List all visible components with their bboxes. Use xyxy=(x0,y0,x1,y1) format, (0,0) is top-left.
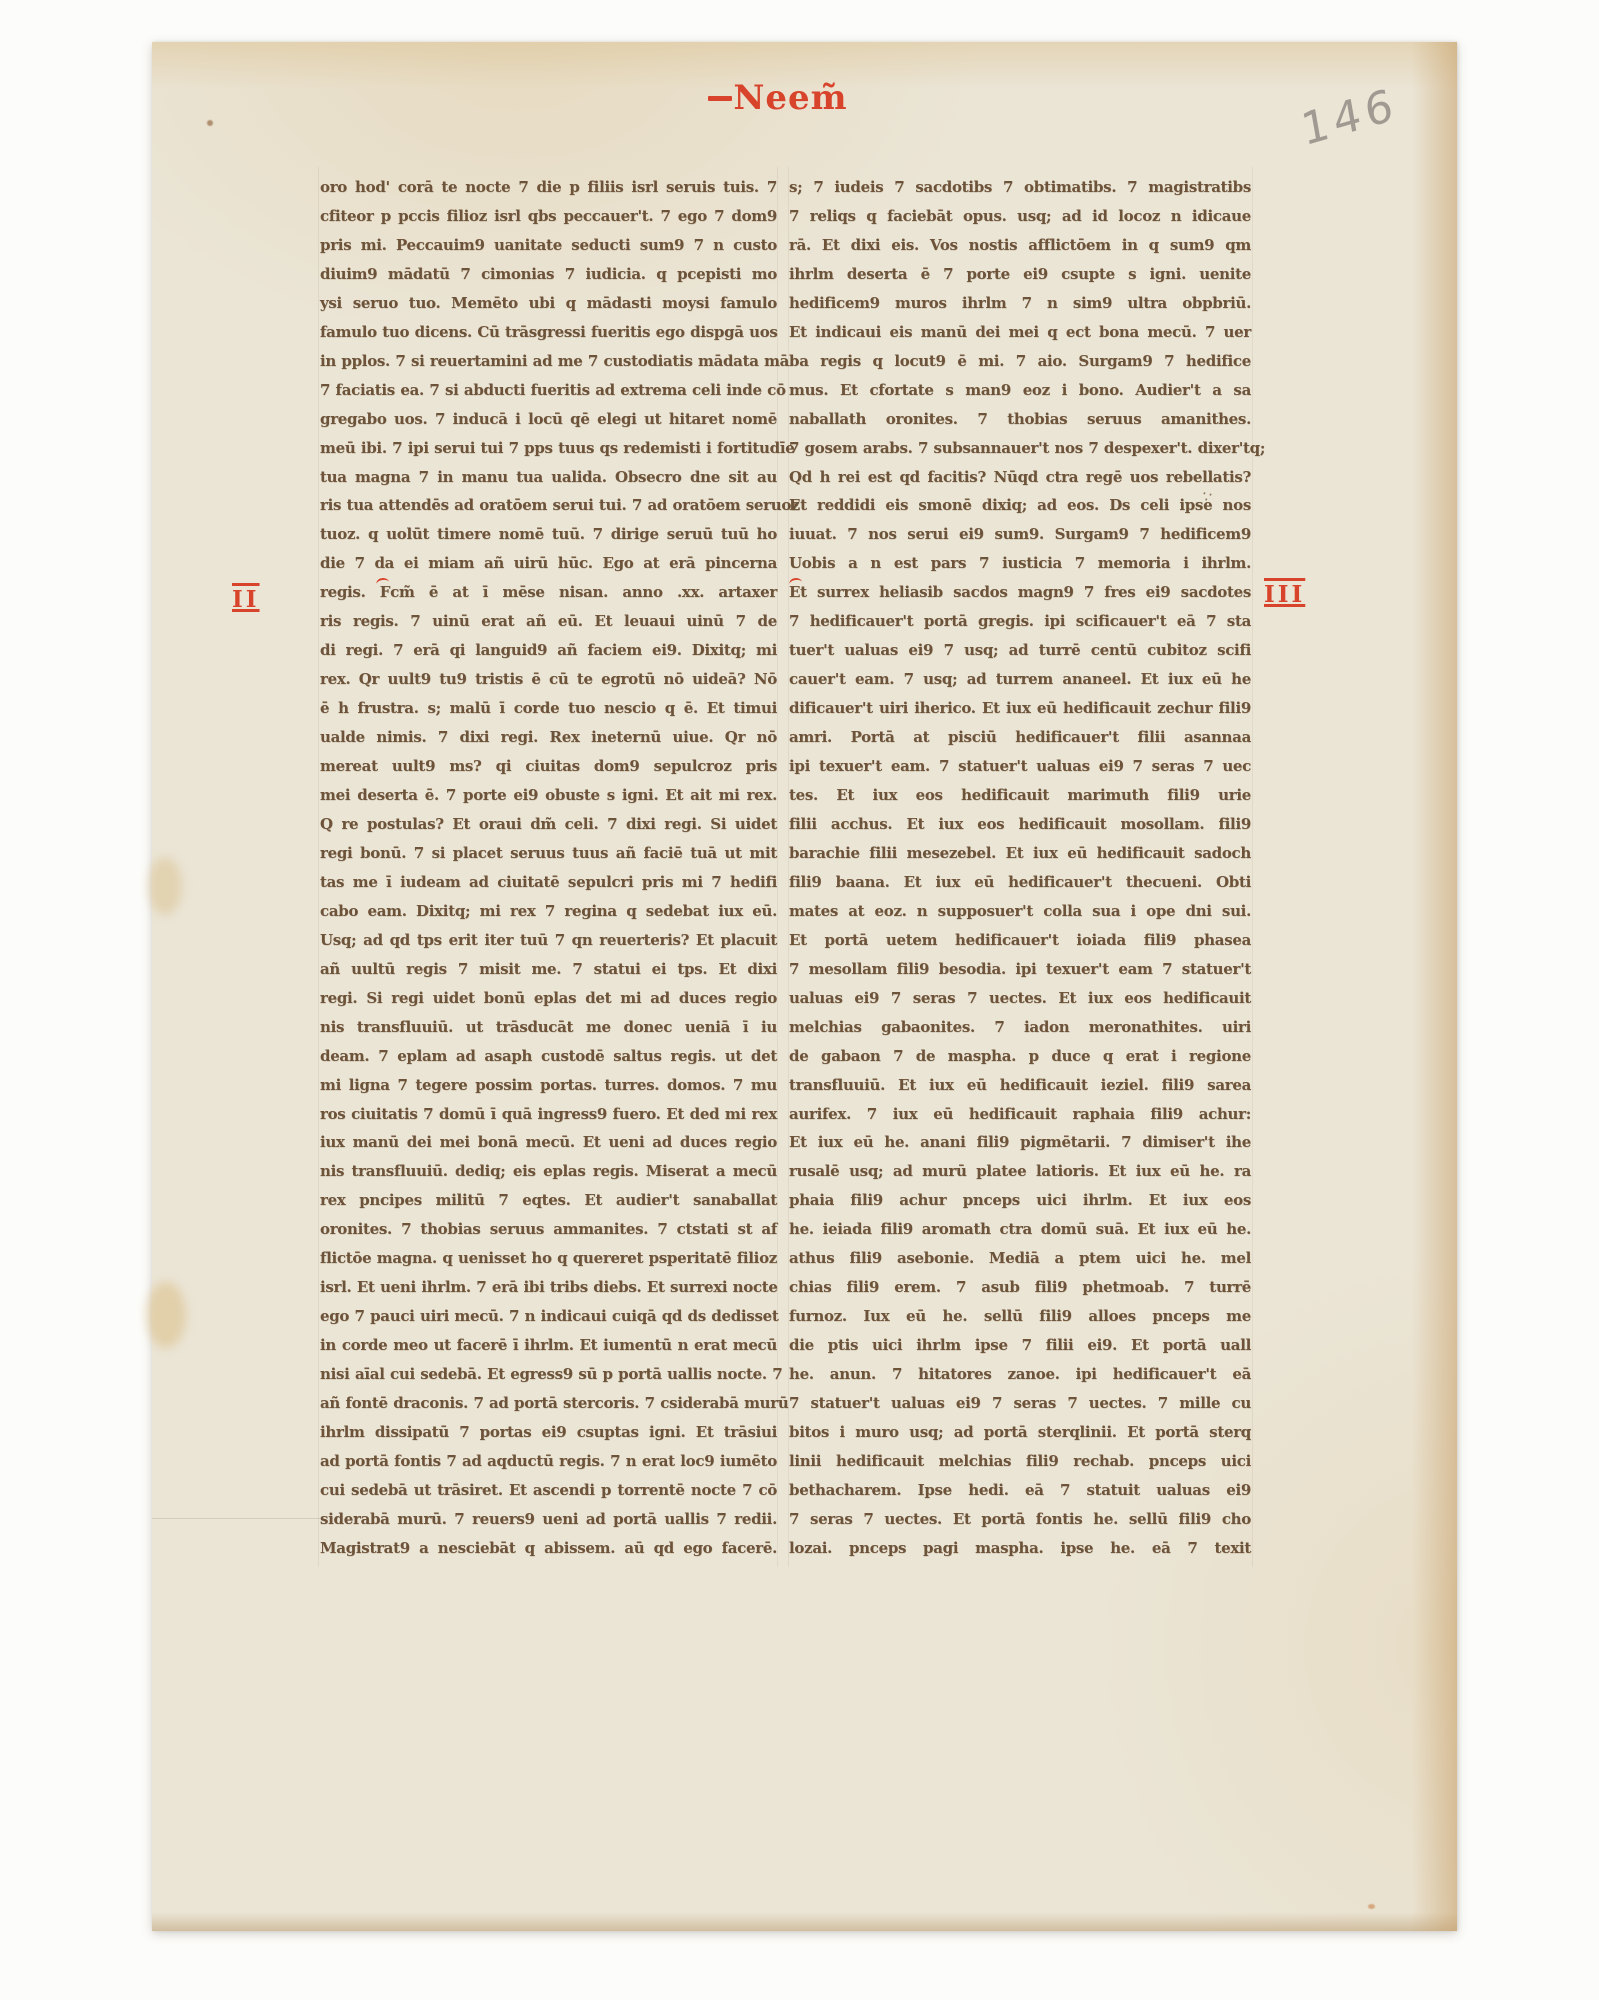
manuscript-leaf: Neem̃ 146 II III ∵ oro hod' corā te noct… xyxy=(152,42,1457,1931)
text-line: gregabo uos. 7 inducā i locū qē elegi ut… xyxy=(320,410,777,429)
text-line: ihrlm deserta ē 7 porte ei9 csupte s ign… xyxy=(789,265,1251,284)
text-line: isrl. Et ueni ihrlm. 7 erā ibi tribs die… xyxy=(320,1278,777,1297)
text-line: 7 mesollam fili9 besodia. ipi texuer't e… xyxy=(789,960,1251,979)
text-line: cfiteor p pccis filioz isrl qbs peccauer… xyxy=(320,207,777,226)
text-line: cabo eam. Dixitq; mi rex 7 regina q sede… xyxy=(320,902,777,921)
text-line: hedificem9 muros ihrlm 7 n sim9 ultra ob… xyxy=(789,294,1251,313)
text-line: iux manū dei mei bonā mecū. Et ueni ad d… xyxy=(320,1133,777,1152)
text-line: tua magna 7 in manu tua ualida. Obsecro … xyxy=(320,468,777,487)
text-line: deam. 7 eplam ad asaph custodē saltus re… xyxy=(320,1047,777,1066)
text-line: ris tua attendēs ad oratōem serui tui. 7… xyxy=(320,496,777,515)
parchment-stain xyxy=(148,857,182,915)
rubric-mark xyxy=(788,577,802,586)
ruling-line xyxy=(152,1518,320,1519)
text-line: furnoz. Iux eū he. sellū fili9 alloes pn… xyxy=(789,1307,1251,1326)
parchment-stain xyxy=(207,120,213,126)
text-line: añ fontē draconis. 7 ad portā stercoris.… xyxy=(320,1394,777,1413)
text-line: diuim9 mādatū 7 cimonias 7 iudicia. q pc… xyxy=(320,265,777,284)
text-line: mereat uult9 ms? qi ciuitas dom9 sepulcr… xyxy=(320,757,777,776)
text-line: Q re postulas? Et oraui dm̃ celi. 7 dixi… xyxy=(320,815,777,834)
text-line: flictōe magna. q uenisset ho q quereret … xyxy=(320,1249,777,1268)
text-line: ihrlm dissipatū 7 portas ei9 csuptas ign… xyxy=(320,1423,777,1442)
text-line: 7 seras 7 uectes. Et portā fontis he. se… xyxy=(789,1510,1251,1529)
text-line: oro hod' corā te nocte 7 die p filiis is… xyxy=(320,178,777,197)
text-line: aurifex. 7 iux eū hedificauit raphaia fi… xyxy=(789,1105,1251,1124)
text-line: 7 reliqs q faciebāt opus. usq; ad id loc… xyxy=(789,207,1251,226)
text-line: athus fili9 asebonie. Mediā a ptem uici … xyxy=(789,1249,1251,1268)
text-line: in pplos. 7 si reuertamini ad me 7 custo… xyxy=(320,352,777,371)
text-line: mi ligna 7 tegere possim portas. turres.… xyxy=(320,1076,777,1095)
text-line: chias fili9 erem. 7 asub fili9 phetmoab.… xyxy=(789,1278,1251,1297)
text-line: rā. Et dixi eis. Vos nostis afflictōem i… xyxy=(789,236,1251,255)
text-line: de gabaon 7 de maspha. p duce q erat i r… xyxy=(789,1047,1251,1066)
folio-number: 146 xyxy=(1297,79,1401,157)
text-line: mei deserta ē. 7 porte ei9 obuste s igni… xyxy=(320,786,777,805)
text-line: ad portā fontis 7 ad aqductū regis. 7 n … xyxy=(320,1452,777,1471)
text-line: añ uultū regis 7 misit me. 7 statui ei t… xyxy=(320,960,777,979)
text-line: ros ciuitatis 7 domū ī quā ingress9 fuer… xyxy=(320,1105,777,1124)
text-line: s; 7 iudeis 7 sacdotibs 7 obtimatibs. 7 … xyxy=(789,178,1251,197)
text-line: meū ibi. 7 ipi serui tui 7 pps tuus qs r… xyxy=(320,439,777,458)
text-line: bethacharem. Ipse hedi. eā 7 statuit ual… xyxy=(789,1481,1251,1500)
text-line: phaia fili9 achur pnceps uici ihrlm. Et … xyxy=(789,1191,1251,1210)
text-line: 7 gosem arabs. 7 subsannauer't nos 7 des… xyxy=(789,439,1251,458)
text-line: transfluuiū. Et iux eū hedificauit iezie… xyxy=(789,1076,1251,1095)
text-line: tas me ī iudeam ad ciuitatē sepulcri pri… xyxy=(320,873,777,892)
text-column-right: s; 7 iudeis 7 sacdotibs 7 obtimatibs. 7 … xyxy=(789,178,1251,1558)
chapter-numeral-ii: II xyxy=(232,587,260,613)
text-line: regi. Si regi uidet bonū eplas det mi ad… xyxy=(320,989,777,1008)
text-line: di regi. 7 erā qi languid9 añ faciem ei9… xyxy=(320,641,777,660)
text-line: Et portā uetem hedificauer't ioiada fili… xyxy=(789,931,1251,950)
text-column-left: oro hod' corā te nocte 7 die p filiis is… xyxy=(320,178,777,1558)
header-dash xyxy=(708,96,732,101)
text-line: cauer't eam. 7 usq; ad turrem ananeel. E… xyxy=(789,670,1251,689)
text-line: bitos i muro usq; ad portā sterqlinii. E… xyxy=(789,1423,1251,1442)
text-line: Magistrat9 a nesciebāt q abissem. aū qd … xyxy=(320,1539,777,1558)
text-line: regi bonū. 7 si placet seruus tuus añ fa… xyxy=(320,844,777,863)
text-line: melchias gabaonites. 7 iadon meronathite… xyxy=(789,1018,1251,1037)
text-line: tuoz. q uolūt timere nomē tuū. 7 dirige … xyxy=(320,525,777,544)
text-line: fili9 baana. Et iux eū hedificauer't the… xyxy=(789,873,1251,892)
text-line: naballath oronites. 7 thobias seruus ama… xyxy=(789,410,1251,429)
text-line: tuer't ualuas ei9 7 usq; ad turrē centū … xyxy=(789,641,1251,660)
text-line: 7 statuer't ualuas ei9 7 seras 7 uectes.… xyxy=(789,1394,1251,1413)
text-line: rusalē usq; ad murū platee latioris. Et … xyxy=(789,1162,1251,1181)
text-line: cui sedebā ut trāsiret. Et ascendi p tor… xyxy=(320,1481,777,1500)
text-line: dificauer't uiri iherico. Et iux eū hedi… xyxy=(789,699,1251,718)
running-title-text: Neem̃ xyxy=(733,78,847,118)
text-line: iuuat. 7 nos serui ei9 sum9. Surgam9 7 h… xyxy=(789,525,1251,544)
text-line: filii acchus. Et iux eos hedificauit mos… xyxy=(789,815,1251,834)
text-line: Et indicaui eis manū dei mei q ect bona … xyxy=(789,323,1251,342)
text-line: ualuas ei9 7 seras 7 uectes. Et iux eos … xyxy=(789,989,1251,1008)
text-line: he. ieiada fili9 aromath ctra domū suā. … xyxy=(789,1220,1251,1239)
text-line: ba regis q locut9 ē mi. 7 aio. Surgam9 7… xyxy=(789,352,1251,371)
text-line: ego 7 pauci uiri mecū. 7 n indicaui cuiq… xyxy=(320,1307,777,1326)
running-title: Neem̃ xyxy=(658,78,898,118)
parchment-stain xyxy=(146,1282,186,1348)
ruling-line xyxy=(777,167,778,1567)
text-line: 7 faciatis ea. 7 si abducti fueritis ad … xyxy=(320,381,777,400)
text-line: in corde meo ut facerē ī ihrlm. Et iumen… xyxy=(320,1336,777,1355)
text-line: tes. Et iux eos hedificauit marimuth fil… xyxy=(789,786,1251,805)
text-line: pris mi. Peccauim9 uanitate seducti sum9… xyxy=(320,236,777,255)
text-line: ipi texuer't eam. 7 statuer't ualuas ei9… xyxy=(789,757,1251,776)
text-line: Et surrex heliasib sacdos magn9 7 fres e… xyxy=(789,583,1251,602)
text-line: mus. Et cfortate s man9 eoz i bono. Audi… xyxy=(789,381,1251,400)
text-line: Et iux eū he. anani fili9 pigmētarii. 7 … xyxy=(789,1133,1251,1152)
text-line: 7 hedificauer't portā gregis. ipi scific… xyxy=(789,612,1251,631)
text-line: linii hedificauit melchias fili9 rechab.… xyxy=(789,1452,1251,1471)
ruling-line xyxy=(1252,167,1253,1567)
rubric-mark xyxy=(375,577,389,586)
text-line: lozai. pnceps pagi maspha. ipse he. eā 7… xyxy=(789,1539,1251,1558)
text-line: nis transfluuiū. ut trāsducāt me donec u… xyxy=(320,1018,777,1037)
text-line: nisi aīal cui sedebā. Et egress9 sū p po… xyxy=(320,1365,777,1384)
text-line: nis transfluuiū. dediq; eis eplas regis.… xyxy=(320,1162,777,1181)
text-line: barachie filii mesezebel. Et iux eū hedi… xyxy=(789,844,1251,863)
text-line: he. anun. 7 hitatores zanoe. ipi hedific… xyxy=(789,1365,1251,1384)
text-line: regis. Fcm̃ ē at ī mēse nisan. anno .xx.… xyxy=(320,583,777,602)
text-line: mates at eoz. n supposuer't colla sua i … xyxy=(789,902,1251,921)
text-line: Usq; ad qd tps erit iter tuū 7 qn reuert… xyxy=(320,931,777,950)
text-line: ualde nimis. 7 dixi regi. Rex ineternū u… xyxy=(320,728,777,747)
parchment-stain xyxy=(1368,1904,1375,1909)
ruling-line xyxy=(318,167,319,1567)
text-line: Qd h rei est qd facitis? Nūqd ctra regē … xyxy=(789,468,1251,487)
text-line: rex. Qr uult9 tu9 tristis ē cū te egrotū… xyxy=(320,670,777,689)
text-line: die 7 da ei miam añ uirū hūc. Ego at erā… xyxy=(320,554,777,573)
text-line: amri. Portā at pisciū hedificauer't fili… xyxy=(789,728,1251,747)
text-line: ysi seruo tuo. Memēto ubi q mādasti moys… xyxy=(320,294,777,313)
text-line: rex pncipes militū 7 eqtes. Et audier't … xyxy=(320,1191,777,1210)
text-line: die ptis uici ihrlm ipse 7 filii ei9. Et… xyxy=(789,1336,1251,1355)
chapter-numeral-iii: III xyxy=(1264,582,1305,608)
text-line: Uobis a n est pars 7 iusticia 7 memoria … xyxy=(789,554,1251,573)
photo-background: { "page": { "running_title": "Neem̃", "f… xyxy=(0,0,1599,2000)
text-line: ris regis. 7 uinū erat añ eū. Et leuaui … xyxy=(320,612,777,631)
text-line: famulo tuo dicens. Cū trāsgressi fueriti… xyxy=(320,323,777,342)
text-line: oronites. 7 thobias seruus ammanites. 7 … xyxy=(320,1220,777,1239)
text-line: Et reddidi eis smonē dixiq; ad eos. Ds c… xyxy=(789,496,1251,515)
text-line: ē h frustra. s; malū ī corde tuo nescio … xyxy=(320,699,777,718)
text-line: siderabā murū. 7 reuers9 ueni ad portā u… xyxy=(320,1510,777,1529)
